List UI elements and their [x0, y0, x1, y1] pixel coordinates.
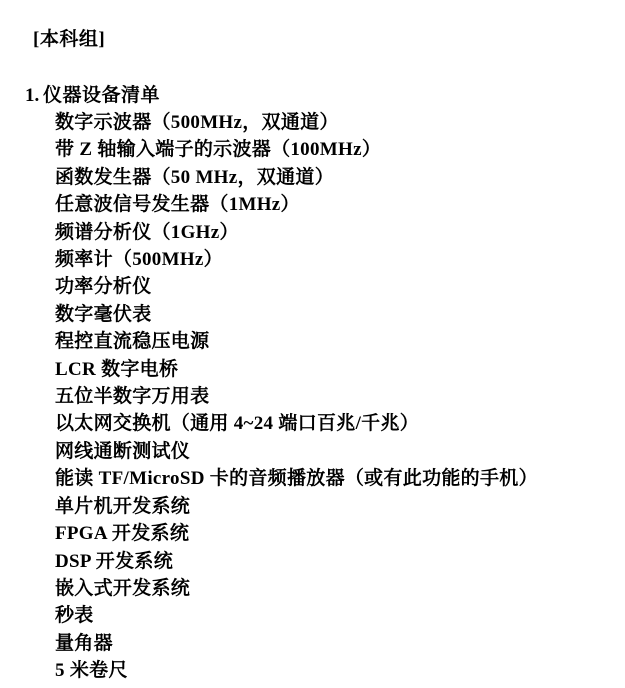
- section-title: 仪器设备清单: [43, 82, 160, 109]
- section-heading: 1. 仪器设备清单: [25, 82, 160, 109]
- equipment-item: 频谱分析仪（1GHz）: [55, 219, 538, 246]
- equipment-item: 数字毫伏表: [55, 301, 538, 328]
- equipment-item: 量角器: [55, 630, 538, 657]
- document-page: [本科组] 1. 仪器设备清单 数字示波器（500MHz，双通道）带 Z 轴输入…: [0, 0, 625, 688]
- equipment-item: LCR 数字电桥: [55, 356, 538, 383]
- equipment-item: FPGA 开发系统: [55, 520, 538, 547]
- equipment-item: 函数发生器（50 MHz，双通道）: [55, 164, 538, 191]
- equipment-item: 单片机开发系统: [55, 493, 538, 520]
- equipment-item: 秒表: [55, 602, 538, 629]
- equipment-item: 以太网交换机（通用 4~24 端口百兆/千兆）: [55, 410, 538, 437]
- equipment-item: 五位半数字万用表: [55, 383, 538, 410]
- equipment-item: 数字示波器（500MHz，双通道）: [55, 109, 538, 136]
- equipment-item: 功率分析仪: [55, 273, 538, 300]
- equipment-item: 嵌入式开发系统: [55, 575, 538, 602]
- equipment-item: 带 Z 轴输入端子的示波器（100MHz）: [55, 136, 538, 163]
- equipment-item: 能读 TF/MicroSD 卡的音频播放器（或有此功能的手机）: [55, 465, 538, 492]
- equipment-item: 程控直流稳压电源: [55, 328, 538, 355]
- equipment-item: 频率计（500MHz）: [55, 246, 538, 273]
- equipment-list: 数字示波器（500MHz，双通道）带 Z 轴输入端子的示波器（100MHz）函数…: [55, 109, 538, 685]
- equipment-item: DSP 开发系统: [55, 548, 538, 575]
- section-number: 1.: [25, 82, 43, 109]
- group-label: [本科组]: [33, 26, 105, 53]
- equipment-item: 网线通断测试仪: [55, 438, 538, 465]
- equipment-item: 5 米卷尺: [55, 657, 538, 684]
- equipment-item: 任意波信号发生器（1MHz）: [55, 191, 538, 218]
